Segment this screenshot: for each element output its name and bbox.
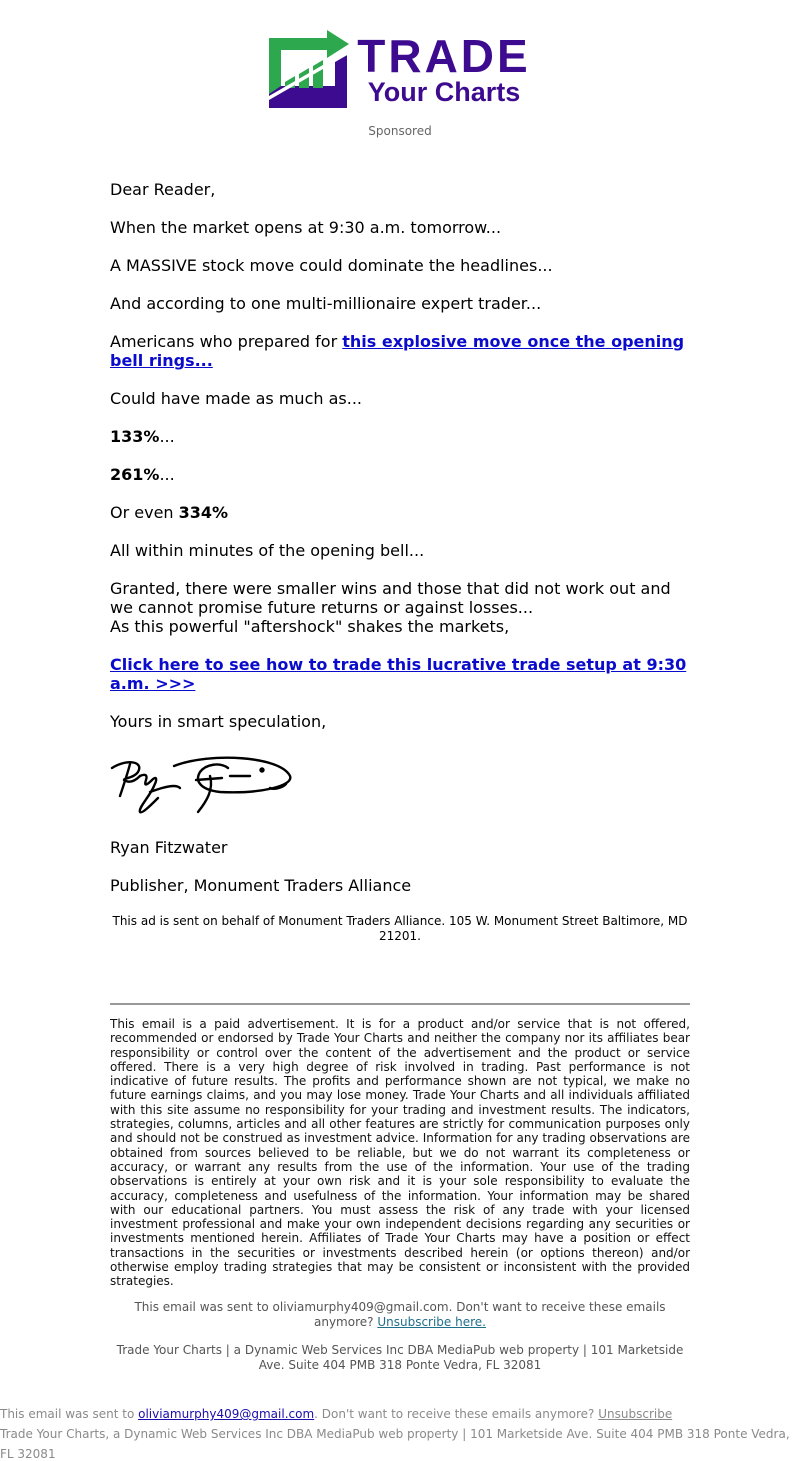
signature-image xyxy=(110,750,690,820)
paragraph: Americans who prepared for this explosiv… xyxy=(110,332,690,370)
cta-link[interactable]: Click here to see how to trade this lucr… xyxy=(110,655,686,693)
signer-title: Publisher, Monument Traders Alliance xyxy=(110,876,690,895)
gain-value: 334% xyxy=(179,503,228,522)
closing: Yours in smart speculation, xyxy=(110,712,690,731)
legal-disclaimer: This email is a paid advertisement. It i… xyxy=(110,1017,690,1289)
unsubscribe-link[interactable]: Unsubscribe here. xyxy=(377,1315,486,1329)
gain-line: 133%... xyxy=(110,427,690,446)
paragraph: When the market opens at 9:30 a.m. tomor… xyxy=(110,218,690,237)
sponsored-label: Sponsored xyxy=(0,124,800,138)
paragraph: Could have made as much as... xyxy=(110,389,690,408)
paragraph: All within minutes of the opening bell..… xyxy=(110,541,690,560)
divider xyxy=(110,1003,690,1005)
brand-logo[interactable]: TRADE Your Charts xyxy=(269,30,530,108)
gain-value: 261% xyxy=(110,465,159,484)
gain-line: Or even 334% xyxy=(110,503,690,522)
paragraph: Granted, there were smaller wins and tho… xyxy=(110,579,690,636)
logo-wordmark-your-charts: Your Charts xyxy=(368,79,521,106)
outer-footer-text: . Don't want to receive these emails any… xyxy=(314,1407,598,1421)
paragraph-text: Granted, there were smaller wins and tho… xyxy=(110,579,671,617)
gain-line: 261%... xyxy=(110,465,690,484)
outer-footer-sent-line: This email was sent to oliviamurphy409@g… xyxy=(0,1404,800,1424)
paragraph-text: As this powerful "aftershock" shakes the… xyxy=(110,617,509,636)
gain-suffix: ... xyxy=(159,427,174,446)
cta-paragraph: Click here to see how to trade this lucr… xyxy=(110,655,690,693)
footer-company-address: Trade Your Charts | a Dynamic Web Servic… xyxy=(110,1343,690,1373)
gain-prefix: Or even xyxy=(110,503,179,522)
paragraph-text: Americans who prepared for xyxy=(110,332,342,351)
gain-suffix: ... xyxy=(159,465,174,484)
ad-sender-note: This ad is sent on behalf of Monument Tr… xyxy=(110,914,690,944)
outer-footer: This email was sent to oliviamurphy409@g… xyxy=(0,1404,800,1461)
outer-footer-company: Trade Your Charts, a Dynamic Web Service… xyxy=(0,1424,800,1461)
footer-sent-to: This email was sent to oliviamurphy409@g… xyxy=(110,1300,690,1330)
signer-name: Ryan Fitzwater xyxy=(110,838,690,857)
email-body: Dear Reader, When the market opens at 9:… xyxy=(110,180,690,963)
logo-wordmark-trade: TRADE xyxy=(357,33,530,79)
header-logo: TRADE Your Charts xyxy=(0,30,800,112)
outer-unsubscribe-link[interactable]: Unsubscribe xyxy=(598,1407,672,1421)
chart-arrow-icon xyxy=(269,30,349,108)
recipient-email-link[interactable]: oliviamurphy409@gmail.com xyxy=(138,1407,314,1421)
outer-footer-text: This email was sent to xyxy=(0,1407,138,1421)
gain-value: 133% xyxy=(110,427,159,446)
greeting: Dear Reader, xyxy=(110,180,690,199)
paragraph: And according to one multi-millionaire e… xyxy=(110,294,690,313)
paragraph: A MASSIVE stock move could dominate the … xyxy=(110,256,690,275)
